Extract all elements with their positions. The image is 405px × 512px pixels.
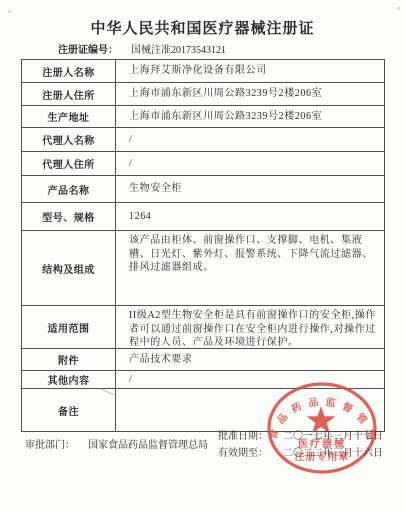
row-value: 上海拜艾斯净化设备有限公司 [116,60,384,82]
table-row: 注册人名称 上海拜艾斯净化设备有限公司 [22,60,384,83]
registration-number-value: 国械注准20173543121 [131,45,226,56]
scan-artifact [397,7,400,10]
row-value: II级A2型生物安全柜是具有前窗操作口的安全柜,操作者可以通过前窗操作口在安全柜… [116,306,384,348]
row-value [116,389,384,431]
row-label: 备注 [22,389,116,431]
row-label: 生产地址 [22,106,116,127]
table-row: 备注 [22,389,384,431]
row-value: / [116,152,384,175]
registration-number-line: 注册证编号：国械注准20173543121 [58,41,226,56]
row-value: 产品技术要求 [116,349,384,370]
valid-until-line: 有效期至：二〇二二年三月十六日 [218,448,383,459]
row-value: / [116,371,384,388]
table-row: 生产地址 上海市浦东新区川周公路3239号2楼206室 [22,106,384,128]
row-label: 代理人住所 [22,152,116,175]
approval-department-value: 国家食品药品监督管理总局 [88,440,208,451]
table-row: 代理人住所 / [22,152,384,176]
approval-department-label: 审批部门： [25,440,75,451]
row-label: 结构及组成 [22,231,116,305]
row-label: 附件 [22,349,116,370]
row-label: 适用范围 [22,306,116,348]
row-label: 注册人住所 [22,83,116,105]
table-row: 产品名称 生物安全柜 [22,176,384,203]
table-row: 附件 产品技术要求 [22,349,384,371]
row-value: 上海市浦东新区川周公路3239号2楼206室 [116,106,384,127]
table-row: 代理人名称 / [22,128,384,152]
row-label: 其他内容 [22,371,116,388]
row-value: / [116,128,384,151]
row-label: 型号、规格 [22,203,116,230]
certificate-table: 注册人名称 上海拜艾斯净化设备有限公司 注册人住所 上海市浦东新区川周公路323… [21,59,385,432]
row-label: 注册人名称 [22,60,116,82]
table-row: 注册人住所 上海市浦东新区川周公路3239号2楼206室 [22,83,384,106]
table-row: 其他内容 / [22,371,384,389]
table-row: 适用范围 II级A2型生物安全柜是具有前窗操作口的安全柜,操作者可以通过前窗操作… [22,306,384,349]
row-label: 代理人名称 [22,128,116,151]
approval-department-line: 审批部门：国家食品药品监督管理总局 [25,440,208,451]
scan-artifact [8,10,11,13]
row-value: 该产品由柜体、前窗操作口、支撑脚、电机、集液槽、日光灯、紫外灯、报警系统、下降气… [116,231,384,305]
valid-until-value: 二〇二二年三月十六日 [283,448,383,459]
certificate-page: 中华人民共和国医疗器械注册证 注册证编号：国械注准20173543121 注册人… [0,0,405,512]
approval-date-label: 批准日期： [218,431,268,442]
valid-until-label: 有效期至： [218,448,268,459]
row-value: 1264 [116,203,384,230]
approval-date-value: 二〇一七年三月十七日 [283,431,383,442]
certificate-title: 中华人民共和国医疗器械注册证 [0,17,405,38]
row-value: 上海市浦东新区川周公路3239号2楼206室 [116,83,384,105]
row-value: 生物安全柜 [116,176,384,202]
registration-number-label: 注册证编号： [58,45,118,56]
row-label: 产品名称 [22,176,116,202]
table-row: 结构及组成 该产品由柜体、前窗操作口、支撑脚、电机、集液槽、日光灯、紫外灯、报警… [22,231,384,306]
table-row: 型号、规格 1264 [22,203,384,231]
approval-date-line: 批准日期：二〇一七年三月十七日 [218,431,383,442]
